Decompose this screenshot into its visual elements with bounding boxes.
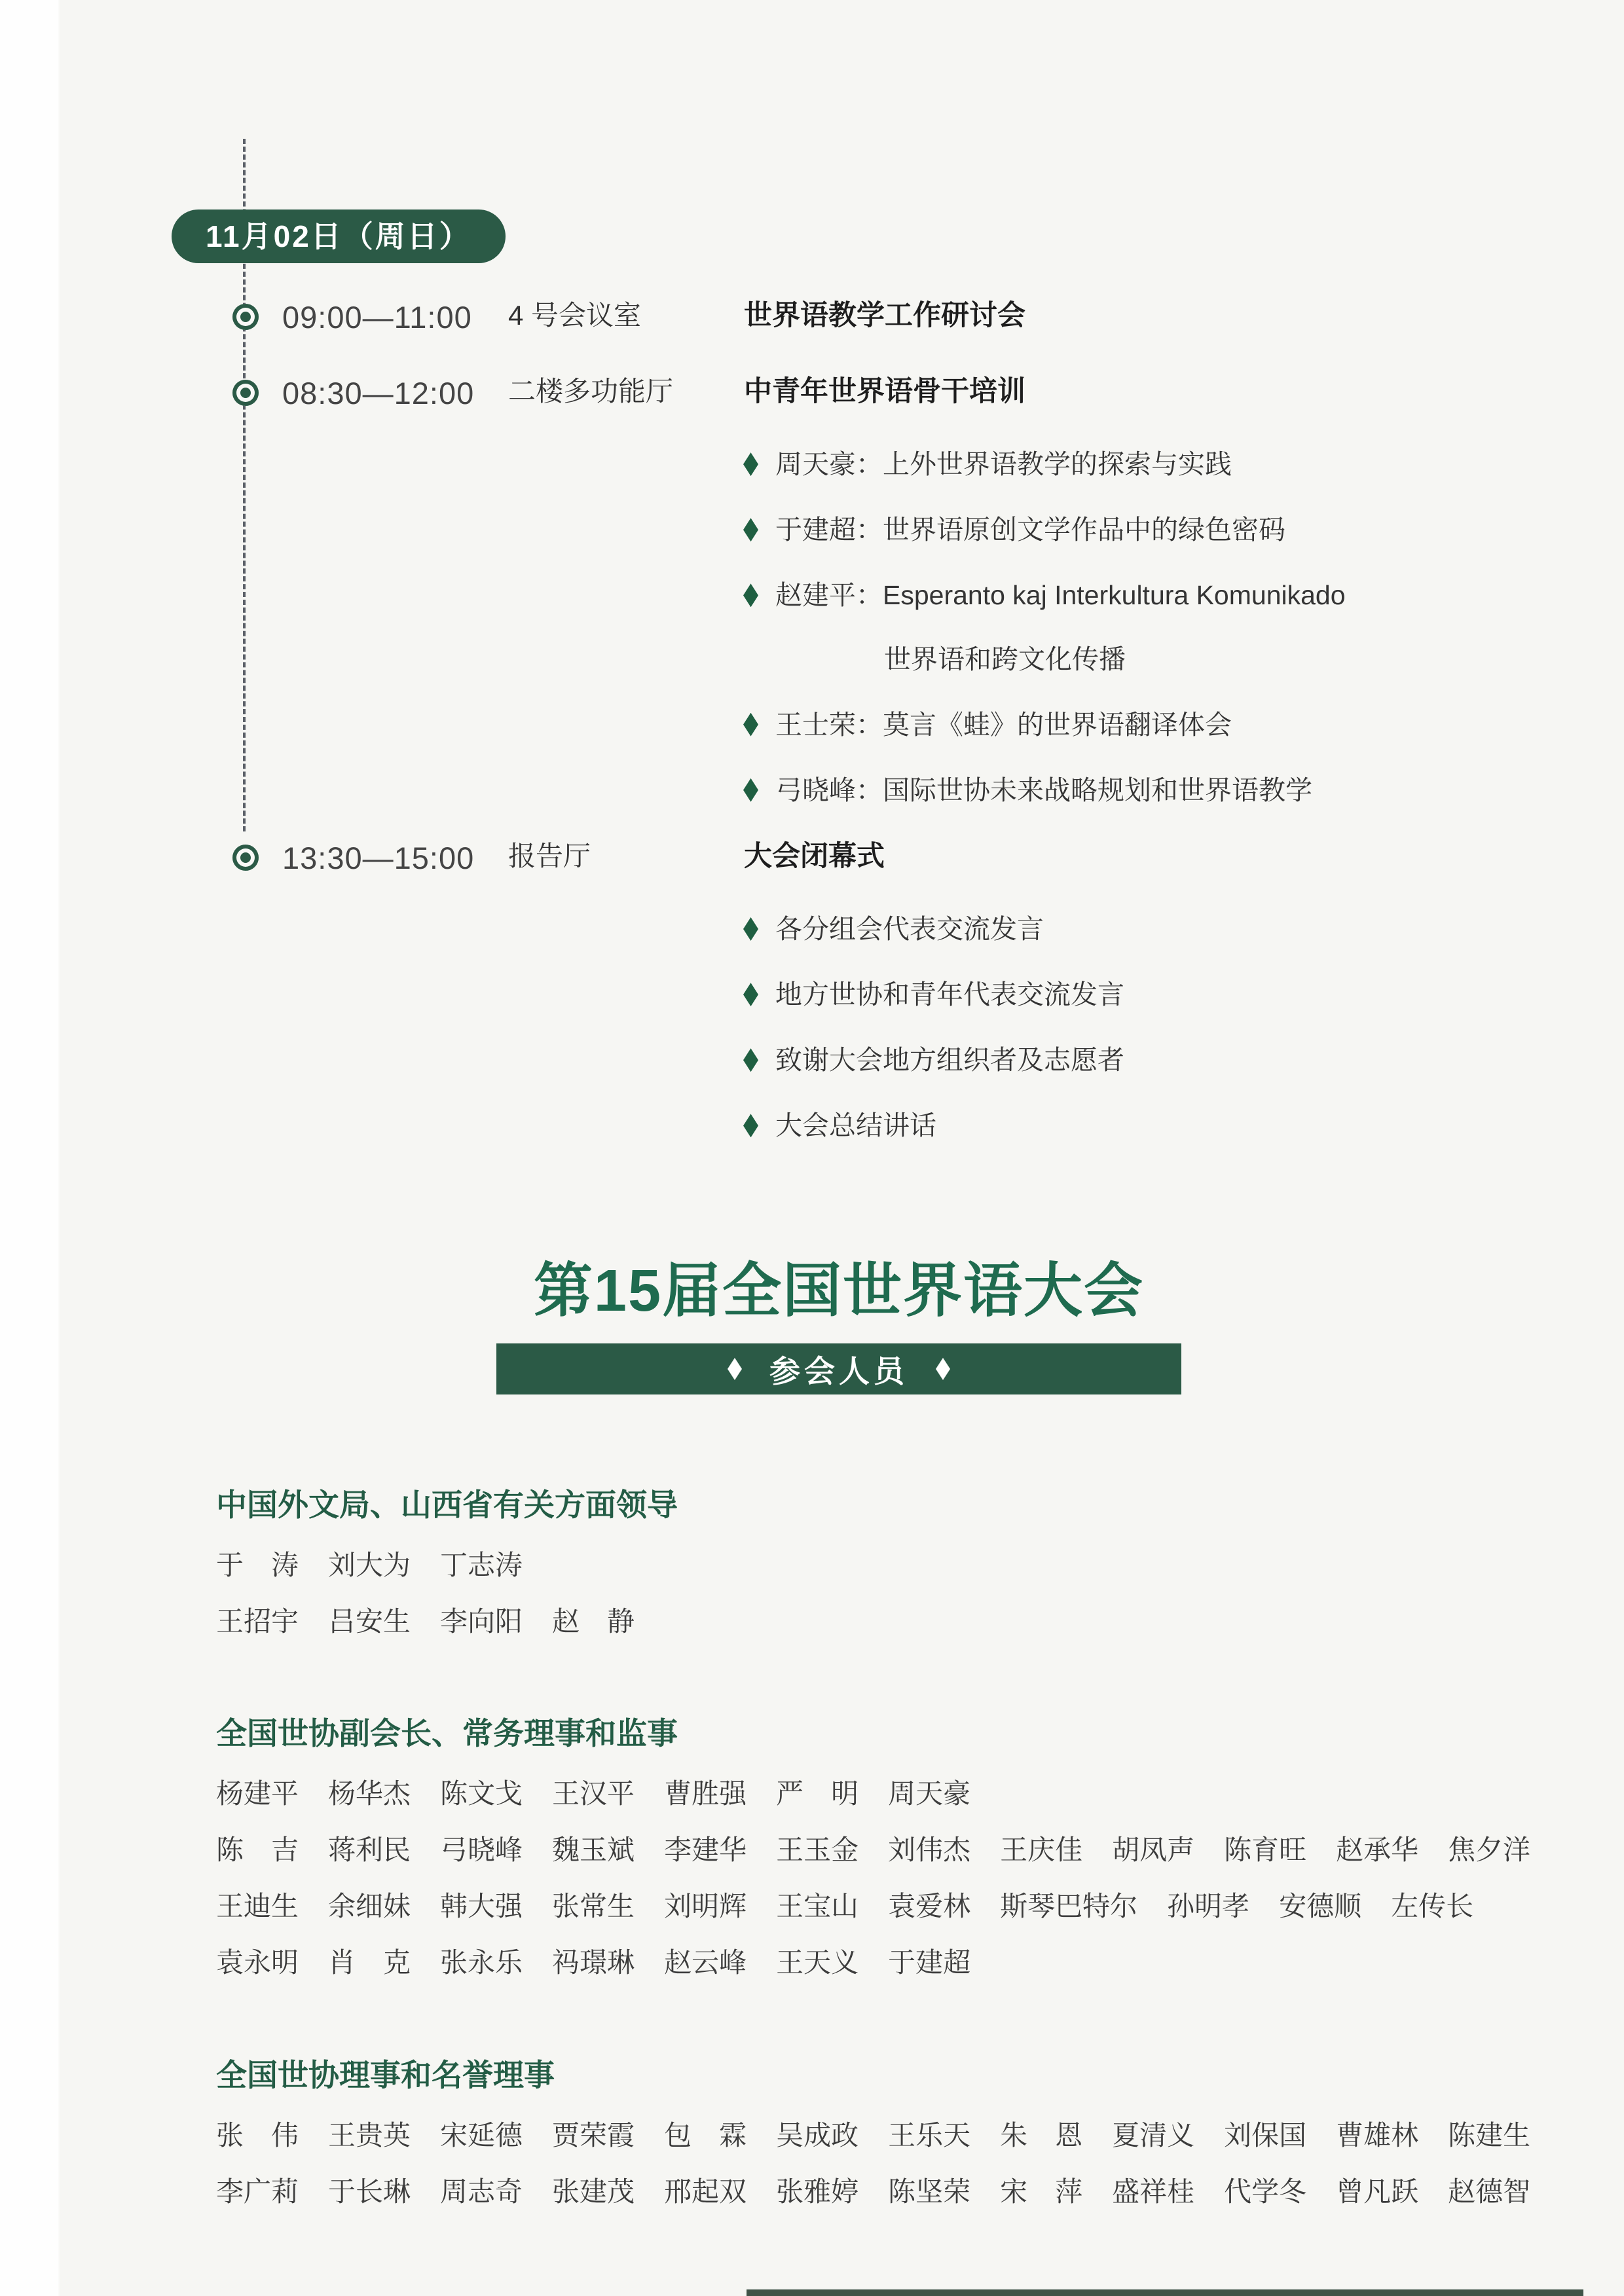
agenda-item-text: 于建超：世界语原创文学作品中的绿色密码: [775, 515, 1285, 545]
participant-name: 吴成政: [776, 2121, 858, 2150]
participant-name: 包 霖: [664, 2121, 747, 2150]
participant-name: 李建华: [664, 1836, 747, 1865]
schedule-row: 09:00—11:004 号会议室世界语教学工作研讨会: [232, 300, 1536, 335]
participant-name: 盛祥桂: [1112, 2178, 1194, 2206]
participant-name: 刘伟杰: [888, 1836, 970, 1865]
next-page-edge-artifact: [747, 2289, 1583, 2296]
schedule-location: 报告厅: [508, 841, 744, 872]
diamond-bullet-icon: [743, 1114, 758, 1137]
participant-name: 丁志涛: [440, 1551, 523, 1580]
participant-name: 曾凡跃: [1336, 2178, 1418, 2206]
agenda-item-text-wrap: 周天豪：上外世界语教学的探索与实践: [775, 449, 1232, 480]
participant-name: 王玉金: [776, 1836, 858, 1865]
participant-name: 王贵英: [328, 2121, 411, 2150]
name-line: 于 涛刘大为丁志涛: [216, 1551, 1575, 1580]
participant-name: 张雅婷: [776, 2178, 858, 2206]
agenda-item: 地方世协和青年代表交流发言: [743, 979, 1536, 1010]
agenda-item-text: 大会总结讲话: [775, 1110, 936, 1141]
participant-name: 周天豪: [888, 1779, 970, 1808]
participant-name: 陈建生: [1448, 2121, 1530, 2150]
name-line: 杨建平杨华杰陈文戈王汉平曹胜强严 明周天豪: [216, 1779, 1575, 1808]
schedule-time: 09:00—11:00: [282, 300, 508, 335]
participant-name: 杨建平: [216, 1779, 299, 1808]
participant-name: 李广莉: [216, 2178, 299, 2206]
name-line: 王迪生余细妹韩大强张常生刘明辉王宝山袁爱林斯琴巴特尔孙明孝安德顺左传长: [216, 1892, 1575, 1921]
agenda-item: 赵建平：Esperanto kaj Interkultura Komunikad…: [743, 580, 1536, 674]
timeline-dot-icon: [232, 304, 259, 330]
agenda-item-text: 地方世协和青年代表交流发言: [775, 979, 1124, 1010]
agenda-item-text-wrap: 大会总结讲话: [775, 1110, 936, 1141]
agenda-sublist: 周天豪：上外世界语教学的探索与实践于建超：世界语原创文学作品中的绿色密码赵建平：…: [743, 449, 1536, 806]
diamond-bullet-icon: [743, 778, 758, 802]
participant-name: 吕安生: [328, 1607, 411, 1636]
agenda-item-text: 各分组会代表交流发言: [775, 914, 1044, 945]
agenda-item-continuation: 世界语和跨文化传播: [884, 644, 1346, 675]
schedule-row-main: 13:30—15:00报告厅大会闭幕式: [232, 841, 1536, 876]
agenda-item-text-wrap: 王士荣：莫言《蛙》的世界语翻译体会: [775, 710, 1232, 740]
agenda-item-text: 周天豪：上外世界语教学的探索与实践: [775, 449, 1232, 480]
section-heading: 全国世协副会长、常务理事和监事: [216, 1709, 1575, 1753]
participant-name: 张建茂: [552, 2178, 635, 2206]
participant-name: 李向阳: [440, 1607, 523, 1636]
agenda-item-text: 弓晓峰：国际世协未来战略规划和世界语教学: [775, 775, 1312, 806]
timeline-dot-icon: [232, 845, 259, 871]
congress-title-block: 第15届全国世界语大会 参会人员: [486, 1243, 1192, 1394]
participant-name: 张 伟: [216, 2121, 299, 2150]
schedule-location: 二楼多功能厅: [508, 376, 744, 407]
timeline-dot-icon: [232, 380, 259, 406]
diamond-bullet-icon: [743, 917, 758, 941]
banner-label: 参会人员: [769, 1347, 908, 1391]
participant-name: 陈 吉: [216, 1836, 299, 1865]
schedule-time: 08:30—12:00: [282, 376, 508, 411]
participant-name: 赵德智: [1448, 2178, 1530, 2206]
diamond-bullet-icon: [743, 1048, 758, 1072]
agenda-item-text-wrap: 各分组会代表交流发言: [775, 914, 1044, 945]
diamond-bullet-icon: [743, 452, 758, 476]
participant-name: 韩大强: [440, 1892, 523, 1921]
participant-name: 弓晓峰: [440, 1836, 523, 1865]
banner-diamond-icon: [728, 1358, 742, 1380]
participant-name: 祃璟琳: [552, 1948, 635, 1977]
participant-section: 全国世协理事和名誉理事张 伟王贵英宋延德贾荣霞包 霖吴成政王乐天朱 恩夏清义刘保…: [216, 2051, 1575, 2206]
schedule-row-main: 09:00—11:004 号会议室世界语教学工作研讨会: [232, 300, 1536, 335]
participant-name: 陈育旺: [1224, 1836, 1306, 1865]
agenda-item: 大会总结讲话: [743, 1110, 1536, 1141]
participant-name: 刘保国: [1224, 2121, 1306, 2150]
participant-name: 魏玉斌: [552, 1836, 635, 1865]
participant-name: 于长琳: [328, 2178, 411, 2206]
participant-name: 左传长: [1391, 1892, 1473, 1921]
diamond-bullet-icon: [743, 518, 758, 541]
section-heading: 全国世协理事和名誉理事: [216, 2051, 1575, 2095]
scanned-program-page: 11月02日（周日） 09:00—11:004 号会议室世界语教学工作研讨会08…: [0, 0, 1624, 2296]
agenda-item: 周天豪：上外世界语教学的探索与实践: [743, 449, 1536, 480]
schedule-event-title: 世界语教学工作研讨会: [744, 300, 1025, 332]
agenda-item-text-wrap: 致谢大会地方组织者及志愿者: [775, 1045, 1124, 1076]
diamond-bullet-icon: [743, 983, 758, 1006]
participant-name: 朱 恩: [1000, 2121, 1082, 2150]
agenda-sublist: 各分组会代表交流发言地方世协和青年代表交流发言致谢大会地方组织者及志愿者大会总结…: [743, 914, 1536, 1142]
participant-name: 宋 萍: [1000, 2178, 1082, 2206]
participant-name: 安德顺: [1279, 1892, 1361, 1921]
participant-name: 陈文戈: [440, 1779, 523, 1808]
participant-name: 曹雄林: [1336, 2121, 1418, 2150]
participant-name: 王汉平: [552, 1779, 635, 1808]
agenda-item-text: 致谢大会地方组织者及志愿者: [775, 1045, 1124, 1076]
name-line: 陈 吉蒋利民弓晓峰魏玉斌李建华王玉金刘伟杰王庆佳胡凤声陈育旺赵承华焦夕洋: [216, 1836, 1575, 1865]
participant-sections: 中国外文局、山西省有关方面领导于 涛刘大为丁志涛王招宇吕安生李向阳赵 静全国世协…: [216, 1481, 1575, 2234]
participant-name: 王庆佳: [1000, 1836, 1082, 1865]
participant-name: 袁爱林: [888, 1892, 970, 1921]
banner-diamond-icon: [936, 1358, 950, 1380]
schedule-event-title: 中青年世界语骨干培训: [744, 376, 1025, 408]
participant-name: 严 明: [776, 1779, 858, 1808]
participant-name: 于建超: [888, 1948, 970, 1977]
agenda-item-text-wrap: 于建超：世界语原创文学作品中的绿色密码: [775, 515, 1285, 545]
participant-name: 赵 静: [552, 1607, 635, 1636]
participant-name: 贾荣霞: [552, 2121, 635, 2150]
participant-name: 胡凤声: [1112, 1836, 1194, 1865]
participant-name: 曹胜强: [664, 1779, 747, 1808]
agenda-item: 于建超：世界语原创文学作品中的绿色密码: [743, 515, 1536, 545]
schedule-time: 13:30—15:00: [282, 841, 508, 876]
agenda-item: 致谢大会地方组织者及志愿者: [743, 1045, 1536, 1076]
diamond-bullet-icon: [743, 713, 758, 737]
name-line: 李广莉于长琳周志奇张建茂邢起双张雅婷陈坚荣宋 萍盛祥桂代学冬曾凡跃赵德智: [216, 2178, 1575, 2206]
schedule-row: 08:30—12:00二楼多功能厅中青年世界语骨干培训周天豪：上外世界语教学的探…: [232, 376, 1536, 806]
participants-banner: 参会人员: [496, 1343, 1181, 1394]
agenda-item: 弓晓峰：国际世协未来战略规划和世界语教学: [743, 775, 1536, 806]
name-line: 王招宇吕安生李向阳赵 静: [216, 1607, 1575, 1636]
participant-name: 王宝山: [776, 1892, 858, 1921]
participant-name: 赵承华: [1336, 1836, 1418, 1865]
name-line: 袁永明肖 克张永乐祃璟琳赵云峰王天义于建超: [216, 1948, 1575, 1977]
participant-name: 刘大为: [328, 1551, 411, 1580]
agenda-item-text-wrap: 弓晓峰：国际世协未来战略规划和世界语教学: [775, 775, 1312, 806]
participant-name: 杨华杰: [328, 1779, 411, 1808]
participant-name: 张永乐: [440, 1948, 523, 1977]
section-heading: 中国外文局、山西省有关方面领导: [216, 1481, 1575, 1525]
participant-name: 张常生: [552, 1892, 635, 1921]
participant-name: 斯琴巴特尔: [1000, 1892, 1137, 1921]
participant-name: 袁永明: [216, 1948, 299, 1977]
participant-name: 蒋利民: [328, 1836, 411, 1865]
participant-name: 王迪生: [216, 1892, 299, 1921]
participant-name: 夏清义: [1112, 2121, 1194, 2150]
agenda-item: 王士荣：莫言《蛙》的世界语翻译体会: [743, 710, 1536, 740]
schedule-row-main: 08:30—12:00二楼多功能厅中青年世界语骨干培训: [232, 376, 1536, 411]
agenda-item: 各分组会代表交流发言: [743, 914, 1536, 945]
schedule-row: 13:30—15:00报告厅大会闭幕式各分组会代表交流发言地方世协和青年代表交流…: [232, 841, 1536, 1142]
schedule-event-title: 大会闭幕式: [744, 841, 885, 873]
agenda-item-text-wrap: 赵建平：Esperanto kaj Interkultura Komunikad…: [775, 580, 1346, 674]
agenda-item-text-wrap: 地方世协和青年代表交流发言: [775, 979, 1124, 1010]
schedule-list: 09:00—11:004 号会议室世界语教学工作研讨会08:30—12:00二楼…: [232, 300, 1536, 1176]
participant-name: 焦夕洋: [1448, 1836, 1530, 1865]
participant-name: 宋延德: [440, 2121, 523, 2150]
congress-title: 第15届全国世界语大会: [486, 1243, 1192, 1328]
participant-name: 邢起双: [664, 2178, 747, 2206]
schedule-location: 4 号会议室: [508, 300, 744, 331]
participant-name: 刘明辉: [664, 1892, 747, 1921]
participant-name: 王天义: [776, 1948, 858, 1977]
participant-name: 于 涛: [216, 1551, 299, 1580]
participant-name: 周志奇: [440, 2178, 523, 2206]
participant-name: 陈坚荣: [888, 2178, 970, 2206]
diamond-bullet-icon: [743, 583, 758, 607]
participant-name: 王乐天: [888, 2121, 970, 2150]
participant-name: 代学冬: [1224, 2178, 1306, 2206]
participant-section: 全国世协副会长、常务理事和监事杨建平杨华杰陈文戈王汉平曹胜强严 明周天豪陈 吉蒋…: [216, 1709, 1575, 1977]
participant-name: 孙明孝: [1167, 1892, 1249, 1921]
participant-name: 王招宇: [216, 1607, 299, 1636]
participant-name: 余细妹: [328, 1892, 411, 1921]
name-line: 张 伟王贵英宋延德贾荣霞包 霖吴成政王乐天朱 恩夏清义刘保国曹雄林陈建生: [216, 2121, 1575, 2150]
participant-name: 肖 克: [328, 1948, 411, 1977]
agenda-item-text: 赵建平：Esperanto kaj Interkultura Komunikad…: [775, 580, 1346, 611]
participant-name: 赵云峰: [664, 1948, 747, 1977]
agenda-item-text: 王士荣：莫言《蛙》的世界语翻译体会: [775, 710, 1232, 740]
date-badge: 11月02日（周日）: [172, 210, 506, 263]
participant-section: 中国外文局、山西省有关方面领导于 涛刘大为丁志涛王招宇吕安生李向阳赵 静: [216, 1481, 1575, 1636]
